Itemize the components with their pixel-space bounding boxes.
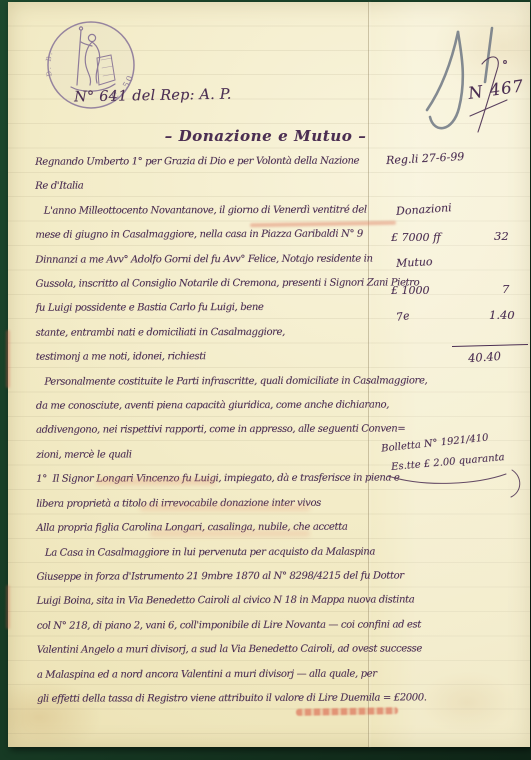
manuscript-line: La Casa in Casalmaggiore in lui pervenut… xyxy=(36,540,436,566)
repertory-number: N° 641 del Rep: A. P. xyxy=(74,87,232,106)
loan-amount: £ 1000 xyxy=(391,284,430,297)
manuscript-line: testimonj a me noti, idonei, richiesti xyxy=(36,345,436,371)
manuscript-line: col N° 218, di piano 2, vani 6, coll'imp… xyxy=(37,613,437,639)
manuscript-line: fu Luigi possidente e Bastia Carlo fu Lu… xyxy=(36,296,436,322)
manuscript-line: L'anno Milleottocento Novantanove, il gi… xyxy=(35,198,435,224)
manuscript-line: Valentini Angelo a muri divisorj, a sud … xyxy=(37,637,437,663)
total-fee: 40.40 xyxy=(468,349,502,365)
manuscript-line: Alla propria figlia Carolina Longari, ca… xyxy=(36,515,436,541)
manuscript-line: addivengono, nei rispettivi rapporti, co… xyxy=(36,418,436,444)
manuscript-line: 1° Il Signor Longari Vincenzo fu Luigi, … xyxy=(36,467,436,493)
manuscript-line: Dinnanzi a me Avv° Adolfo Gorni del fu A… xyxy=(35,247,435,273)
extra-fee-label: 7e xyxy=(395,309,410,324)
manuscript-body: Regnando Umberto 1° per Grazia di Dio e … xyxy=(35,149,437,712)
document-page: C. 50 D. B. N° 641 del Rep: A. P. N 467 … xyxy=(0,0,531,760)
receipt-swash-icon xyxy=(386,468,528,498)
manuscript-line: Personalmente costituite le Parti infras… xyxy=(36,369,436,395)
manuscript-line: da me conosciute, aventi piena capacità … xyxy=(36,393,436,419)
loan-label: Mutuo xyxy=(396,255,433,270)
manuscript-line: mese di giugno in Casalmaggiore, nella c… xyxy=(35,223,435,249)
manuscript-line: a Malaspina ed a nord ancora Valentini a… xyxy=(37,662,437,688)
manuscript-line: stante, entrambi nati e domiciliati in C… xyxy=(36,320,436,346)
manuscript-line: libera proprietà a titolo di irrevocabil… xyxy=(36,491,436,517)
manuscript-line: gli effetti della tassa di Registro vien… xyxy=(37,686,437,712)
manuscript-line: Gussola, inscritto al Consiglio Notarile… xyxy=(35,271,435,297)
manuscript-line: Re d'Italia xyxy=(35,174,435,200)
manuscript-line: Regnando Umberto 1° per Grazia di Dio e … xyxy=(35,149,435,175)
loan-fee: 7 xyxy=(502,282,509,296)
extra-fee: 1.40 xyxy=(489,308,515,322)
document-title: – Donazione e Mutuo – xyxy=(0,127,531,145)
manuscript-line: Giuseppe in forza d'Istrumento 21 9mbre … xyxy=(36,564,436,590)
donation-fee: 32 xyxy=(494,229,509,243)
donation-amount: £ 7000 ff xyxy=(391,231,441,244)
manuscript-line: Luigi Boina, sita in Via Benedetto Cairo… xyxy=(37,589,437,615)
manuscript-line: zioni, mercè le quali xyxy=(36,442,436,468)
